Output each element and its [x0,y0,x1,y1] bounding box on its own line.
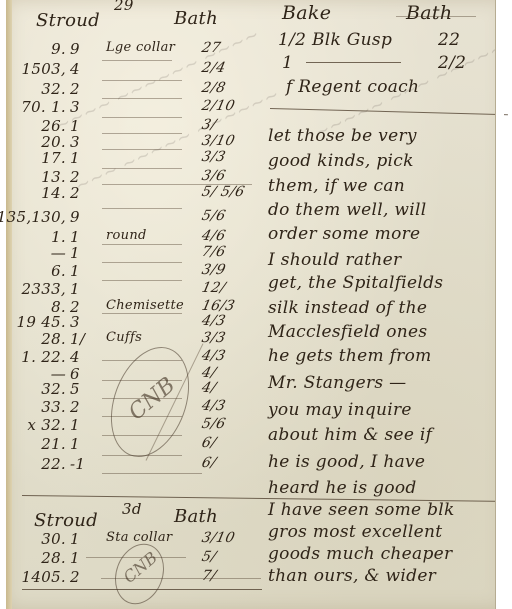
ledger-row: 28.1/Cuffs3/3 [6,330,256,350]
ledger-price: 3/9 [200,262,227,278]
ledger-ref: 6. [51,262,66,280]
ledger-rule [306,62,401,63]
ledger-price: 4/3 [200,398,227,414]
letter-line: good kinds, pick [268,151,414,171]
ledger-row: 22.-16/ [6,455,256,475]
right-ledger-item-text: f Regent coach [286,77,419,97]
ledger-qty: 4 [70,60,80,78]
ledger-price: 5/6 [200,208,227,224]
ledger-price: 7/ [200,568,218,584]
letter-line: you may inquire [268,400,412,420]
ledger-rule [102,60,172,61]
ledger-price: 2/8 [200,80,227,96]
paper-right-edge [495,0,504,609]
ledger-row: 70. 1.32/10 [6,98,256,118]
page-number: 29 [114,0,134,14]
ledger-price: 4/ [200,365,218,381]
letter-line: Mr. Stangers — [268,373,406,393]
ledger-rule [102,168,182,169]
header-bath: Bath [174,8,218,29]
letter-line: Macclesfield ones [268,322,427,342]
ledger-desc: Chemisette [106,298,184,313]
letter-line: he gets them from [268,346,432,366]
ledger-ref: 2333, [22,280,66,298]
ledger-qty: 1 [70,530,80,548]
header-stroud-2: Stroud [34,510,98,531]
ledger-ref: 17. [41,149,66,167]
ledger-row: 1503,42/4 [6,60,256,80]
right-ledger-item-text: 1/2 Blk Gusp [278,30,392,50]
ledger-qty: 2 [70,398,80,416]
ledger-qty: 1 [70,262,80,280]
ledger-ref: 33. [41,398,66,416]
letter-line: about him & see if [268,425,432,445]
ledger-qty: 3 [70,313,80,331]
letter-line: than ours, & wider [268,566,436,586]
letter-line: I have seen some blk [268,500,455,520]
right-ledger-item-price: 22 [438,30,460,50]
ledger-ref: 70. 1. [21,98,66,116]
ledger-rule [102,117,182,118]
ledger-rule [102,280,182,281]
ledger-row: 17.13/3 [6,149,256,169]
ledger-price: 16/3 [200,298,236,314]
letter-line: goods much cheaper [268,544,452,564]
ledger-qty: 1 [70,244,80,262]
ledger-qty: 2 [70,184,80,202]
ledger-ref: 28. [41,549,66,567]
ledger-row: 135,130,95/6 [6,208,256,228]
letter-line: let those be very [268,126,417,146]
ledger-rule [102,262,182,263]
ledger-price: 4/3 [200,348,227,364]
letter-line: do them well, will [268,200,426,220]
ledger-desc: round [106,228,147,243]
letter-line: he is good, I have [268,452,425,472]
letter-line: heard he is good [268,478,417,498]
ledger-price: 7/6 [200,244,227,260]
ledger-ref: 19 45. [16,313,66,331]
ledger-rule [102,184,252,185]
ledger-price: 27 [200,40,222,56]
ledger-desc: Cuffs [106,330,142,345]
ledger-ref: 1503, [22,60,66,78]
ledger-rule [102,313,182,314]
ledger-qty: -1 [70,455,85,473]
ledger-ref: x 32. [27,416,66,434]
ledger-qty: 2 [70,568,80,586]
right-ledger-item-text: 1 [282,53,293,73]
ledger-rule [102,149,182,150]
ledger-ref: 30. [41,530,66,548]
ledger-row: —17/6 [6,244,256,264]
ledger-qty: 1 [70,280,80,298]
ledger-rule [102,473,202,474]
ledger-price: 4/6 [200,228,227,244]
ledger-ref: 9. [51,40,66,58]
ledger-price: 5/ [200,549,218,565]
ledger-qty: 2 [70,80,80,98]
letter-line: order some more [268,224,420,244]
ledger-price: 2/4 [200,60,227,76]
header-3d: 3d [122,500,142,518]
ledger-qty: 3 [70,98,80,116]
letter-line: get, the Spitalfields [268,273,443,293]
ledger-qty: 4 [70,348,80,366]
ledger-qty: 9 [70,40,80,58]
ledger-row: 14.25/ 5/6 [6,184,256,204]
ledger-qty: 1/ [70,330,85,348]
ledger-price: 3/10 [200,133,236,149]
ledger-ref: 1. 22. [21,348,66,366]
ledger-qty: 1 [70,435,80,453]
ledger-ref: 22. [41,455,66,473]
manuscript-page: ~~~~ ~~~~~~ ~~~~ ~~~~~ ~~~ ~~~~~ ~~~ ~~~… [6,0,504,609]
ledger-rule [102,244,182,245]
ledger-price: 3/3 [200,330,227,346]
ledger-desc: Sta collar [106,530,172,545]
ledger-qty: 1 [70,416,80,434]
ledger-rule [102,80,182,81]
ledger-price: 6/ [200,455,218,471]
ledger-rule [102,208,182,209]
ledger-row: 2333,112/ [6,280,256,300]
ledger-row: 9.9Lge collar27 [6,40,256,60]
ledger-ref: 32. [41,380,66,398]
ledger-price: 3/ [200,117,218,133]
ledger-price: 2/10 [200,98,236,114]
header-bath-2: Bath [174,506,218,527]
ledger-rule [396,16,476,17]
ledger-ref: 1405. [22,568,66,586]
letter-line: I should rather [268,250,401,270]
ledger-price: 3/10 [200,530,236,546]
letter-line: silk instead of the [268,298,427,318]
ledger-price: 4/ [200,380,218,396]
ledger-qty: 5 [70,380,80,398]
ledger-price: 3/6 [200,168,227,184]
ledger-rule [102,133,182,134]
letter-line: gros most excellent [268,522,442,542]
ledger-rule [102,98,182,99]
ledger-ref: 21. [41,435,66,453]
ledger-price: 5/ 5/6 [200,184,246,200]
header-bake: Bake [282,2,331,24]
ledger-row: 6.13/9 [6,262,256,282]
ledger-price: 5/6 [200,416,227,432]
letter-line: them, if we can [268,176,405,196]
header-stroud: Stroud [36,10,100,31]
ledger-desc: Lge collar [106,40,175,55]
ledger-price: 4/3 [200,313,227,329]
ledger-ref: 28. [41,330,66,348]
ledger-price: 6/ [200,435,218,451]
ledger-qty: 1 [70,549,80,567]
ledger-ref: — [51,244,66,262]
ledger-qty: 9 [70,208,80,226]
right-ledger-item-price: 2/2 [438,53,466,73]
ledger-ref: 32. [41,80,66,98]
ledger-qty: 1 [70,149,80,167]
ledger-row: 32.22/8 [6,80,256,100]
ledger-ref: 135,130, [0,208,66,226]
header-bath-right: Bath [406,2,452,24]
ledger-price: 3/3 [200,149,227,165]
ledger-price: 12/ [200,280,227,296]
ledger-ref: 14. [41,184,66,202]
